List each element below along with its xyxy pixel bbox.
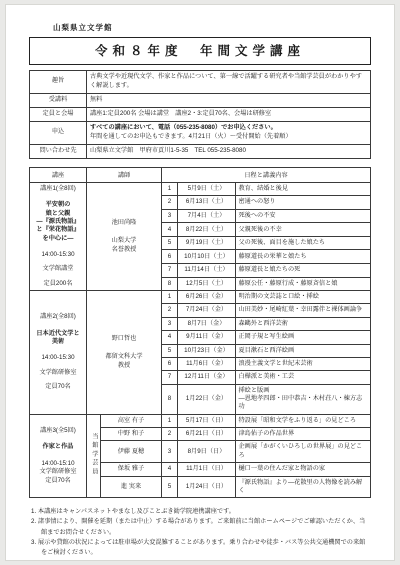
session-date: 7月24日（金）: [178, 304, 236, 317]
page-title: 令和８年度 年間文学講座: [95, 44, 305, 58]
lecturer-affiliation: 都留文科大学 教授: [90, 353, 159, 370]
course-3-lecturer-group: 当館学芸員: [87, 414, 101, 498]
course-1-info: 講座1(全8回) 平安朝の 娘と父親 ―『源氏物語』 と『栄花物語』 を中心に―…: [30, 182, 87, 290]
session-no: 7: [162, 263, 178, 277]
session-date: 10月10日（土）: [178, 250, 236, 264]
session-topic: 浪漫主義文学と世紀末芸術: [236, 357, 371, 370]
session-no: 4: [162, 331, 178, 344]
lecturer-name: 野口哲也: [90, 335, 159, 343]
session-no: 5: [162, 344, 178, 357]
application-line1: すべての講座において、電話（055-235-8080）でお申込ください。: [90, 124, 367, 133]
course-venue: 文学館講堂: [33, 265, 84, 273]
schedule-table: 講座 講師 日程と講義内容 講座1(全8回) 平安朝の 娘と父親 ―『源氏物語』…: [29, 167, 371, 498]
session-no: 3: [162, 209, 178, 223]
session-no: 2: [162, 304, 178, 317]
course-label: 講座3(全5回): [33, 427, 84, 435]
application-line2: 年間を通してのお申込もできます。4月21日（火）～受付開始（先着順）: [90, 133, 367, 142]
session-lecturer: 保坂 雅子: [101, 463, 162, 476]
session-date: 8月9日（日）: [178, 441, 236, 463]
session-date: 9月19日（土）: [178, 236, 236, 250]
course-1-lecturer: 池田尚隆 山梨大学 名誉教授: [87, 182, 162, 290]
session-date: 1月22日（金）: [178, 384, 236, 414]
lecturer-affiliation: 山梨大学 名誉教授: [90, 237, 159, 254]
session-topic: 正岡子規と写生絵画: [236, 331, 371, 344]
session-topic: 夏目漱石と西洋絵画: [236, 344, 371, 357]
course-venue: 文学館研修室: [33, 468, 84, 476]
session-topic: 樋口一葉の住んだ家と物語の家: [236, 463, 371, 476]
info-row-capacity: 定員と会場 講座1:定員200名 会場は講堂 講座2・3:定員70名、会場は研修…: [30, 107, 371, 121]
info-value-contact: 山梨県立文学館 甲府市貢川1-5-35 TEL 055-235-8080: [87, 144, 371, 158]
title-box: 令和８年度 年間文学講座: [29, 37, 371, 65]
col-header-schedule: 日程と講義内容: [162, 167, 371, 182]
session-row: 講座2(全8回) 日本近代文学と 美術 14:00-15:30 文学館研修室 定…: [30, 291, 371, 304]
course-2-info: 講座2(全8回) 日本近代文学と 美術 14:00-15:30 文学館研修室 定…: [30, 291, 87, 415]
session-topic: 父親死後の不幸: [236, 223, 371, 237]
course-time: 14:00-15:10: [33, 460, 84, 468]
course-3-info: 講座3(全5回) 作家と作品 14:00-15:10 文学館研修室 定員70名: [30, 414, 87, 498]
session-date: 11月6日（金）: [178, 357, 236, 370]
session-date: 8月7日（金）: [178, 317, 236, 330]
session-date: 5月9日（土）: [178, 182, 236, 196]
session-topic: 白樺派と美術・工芸: [236, 371, 371, 384]
session-no: 1: [162, 291, 178, 304]
course-label: 講座1(全8回): [33, 185, 84, 193]
schedule-header-row: 講座 講師 日程と講義内容: [30, 167, 371, 182]
session-no: 3: [162, 441, 178, 463]
session-no: 2: [162, 428, 178, 441]
session-date: 11月14日（土）: [178, 263, 236, 277]
course-title: 作家と作品: [33, 443, 84, 451]
session-no: 2: [162, 196, 178, 210]
session-topic: 死後への不安: [236, 209, 371, 223]
info-value-capacity: 講座1:定員200名 会場は講堂 講座2・3:定員70名、会場は研修室: [87, 107, 371, 121]
course-time: 14:00-15:30: [33, 354, 84, 362]
course-label: 講座2(全8回): [33, 313, 84, 321]
session-no: 1: [162, 414, 178, 427]
session-topic: 山田美妙・尾崎紅葉・幸田露伴と裸体画論争: [236, 304, 371, 317]
session-date: 11月1日（日）: [178, 463, 236, 476]
info-row-contact: 問い合わせ先 山梨県立文学館 甲府市貢川1-5-35 TEL 055-235-8…: [30, 144, 371, 158]
course-title: 平安朝の 娘と父親 ―『源氏物語』 と『栄花物語』 を中心に―: [33, 201, 84, 243]
session-no: 3: [162, 317, 178, 330]
session-no: 5: [162, 236, 178, 250]
session-no: 8: [162, 384, 178, 414]
col-header-lecturer: 講師: [87, 167, 162, 182]
session-topic: 『源氏物語』より―花散里の人物像を読み解く: [236, 476, 371, 498]
session-no: 5: [162, 476, 178, 498]
session-lecturer: 中野 和子: [101, 428, 162, 441]
museum-name: 山梨県立文学館: [53, 22, 371, 33]
note-2: 2. 諸事情により、開催を延期（または中止）する場合があります。ご来館前に当館ホ…: [31, 517, 371, 537]
lecturer-group-label: 当館学芸員: [90, 433, 98, 477]
info-label-application: 申込: [30, 121, 87, 144]
info-label-contact: 問い合わせ先: [30, 144, 87, 158]
info-row-purpose: 趣旨 古典文学や近現代文学、作家と作品について、第一線で活躍する研究者や当館学芸…: [30, 71, 371, 94]
info-label-fee: 受講料: [30, 93, 87, 107]
session-no: 6: [162, 250, 178, 264]
session-topic: 密通への怒り: [236, 196, 371, 210]
session-topic: 明治期の文芸誌と口絵・挿絵: [236, 291, 371, 304]
session-date: 6月26日（金）: [178, 291, 236, 304]
document-page: 山梨県立文学館 令和８年度 年間文学講座 趣旨 古典文学や近現代文学、作家と作品…: [5, 4, 395, 561]
session-date: 6月21日（日）: [178, 428, 236, 441]
session-topic: 藤原道長と娘たちの死: [236, 263, 371, 277]
col-header-course: 講座: [30, 167, 87, 182]
session-date: 10月23日（金）: [178, 344, 236, 357]
course-time: 14:00-15:30: [33, 251, 84, 259]
session-topic: 藤原公任・藤原行成・藤原斉信と娘: [236, 277, 371, 291]
session-topic: 教育、結婚と後見: [236, 182, 371, 196]
info-label-capacity: 定員と会場: [30, 107, 87, 121]
session-row: 講座3(全5回) 作家と作品 14:00-15:10 文学館研修室 定員70名 …: [30, 414, 371, 427]
info-table: 趣旨 古典文学や近現代文学、作家と作品について、第一線で活躍する研究者や当館学芸…: [29, 70, 371, 159]
note-1: 1. 本講座はキャンパスネットやまなし及びことぶき勧学院連携講座です。: [31, 507, 371, 517]
footer-notes: 1. 本講座はキャンパスネットやまなし及びことぶき勧学院連携講座です。 2. 諸…: [29, 507, 371, 558]
course-capacity: 定員70名: [33, 383, 84, 391]
session-topic: 特設展「昭和文学をふり返る」の見どころ: [236, 414, 371, 427]
session-topic: 父の死後、面目を施した娘たち: [236, 236, 371, 250]
session-no: 4: [162, 223, 178, 237]
info-value-fee: 無料: [87, 93, 371, 107]
session-lecturer: 高室 有子: [101, 414, 162, 427]
session-date: 5月17日（日）: [178, 414, 236, 427]
session-no: 4: [162, 463, 178, 476]
info-row-fee: 受講料 無料: [30, 93, 371, 107]
session-date: 1月24日（日）: [178, 476, 236, 498]
session-lecturer: 伊藤 夏穂: [101, 441, 162, 463]
session-topic: 企画展「かがくいひろしの世界展」の見どころ: [236, 441, 371, 463]
session-date: 12月11日（金）: [178, 371, 236, 384]
session-no: 7: [162, 371, 178, 384]
info-value-application: すべての講座において、電話（055-235-8080）でお申込ください。 年間を…: [87, 121, 371, 144]
info-value-purpose: 古典文学や近現代文学、作家と作品について、第一線で活躍する研究者や当館学芸員がわ…: [87, 71, 371, 94]
session-date: 9月11日（金）: [178, 331, 236, 344]
session-date: 7月4日（土）: [178, 209, 236, 223]
course-2-lecturer: 野口哲也 都留文科大学 教授: [87, 291, 162, 415]
note-3: 3. 展示や貸館の状況によっては駐車場が大変混雑することがあります。乗り合わせや…: [31, 538, 371, 558]
course-venue: 文学館研修室: [33, 369, 84, 377]
session-no: 8: [162, 277, 178, 291]
course-title: 日本近代文学と 美術: [33, 330, 84, 347]
info-row-application: 申込 すべての講座において、電話（055-235-8080）でお申込ください。 …: [30, 121, 371, 144]
session-date: 12月5日（土）: [178, 277, 236, 291]
session-date: 8月22日（土）: [178, 223, 236, 237]
session-no: 6: [162, 357, 178, 370]
course-capacity: 定員70名: [33, 477, 84, 485]
session-no: 1: [162, 182, 178, 196]
session-topic: 津島佑子の作品世界: [236, 428, 371, 441]
session-topic: 森鷗外と西洋芸術: [236, 317, 371, 330]
session-topic: 藤原道長の栄華と娘たち: [236, 250, 371, 264]
session-date: 6月13日（土）: [178, 196, 236, 210]
session-row: 講座1(全8回) 平安朝の 娘と父親 ―『源氏物語』 と『栄花物語』 を中心に―…: [30, 182, 371, 196]
course-capacity: 定員200名: [33, 280, 84, 288]
session-lecturer: 進 実来: [101, 476, 162, 498]
info-label-purpose: 趣旨: [30, 71, 87, 94]
session-topic: 挿絵と版画 ―恩地孝四郎・田中恭吉・木村荘八・棟方志功: [236, 384, 371, 414]
lecturer-name: 池田尚隆: [90, 219, 159, 227]
